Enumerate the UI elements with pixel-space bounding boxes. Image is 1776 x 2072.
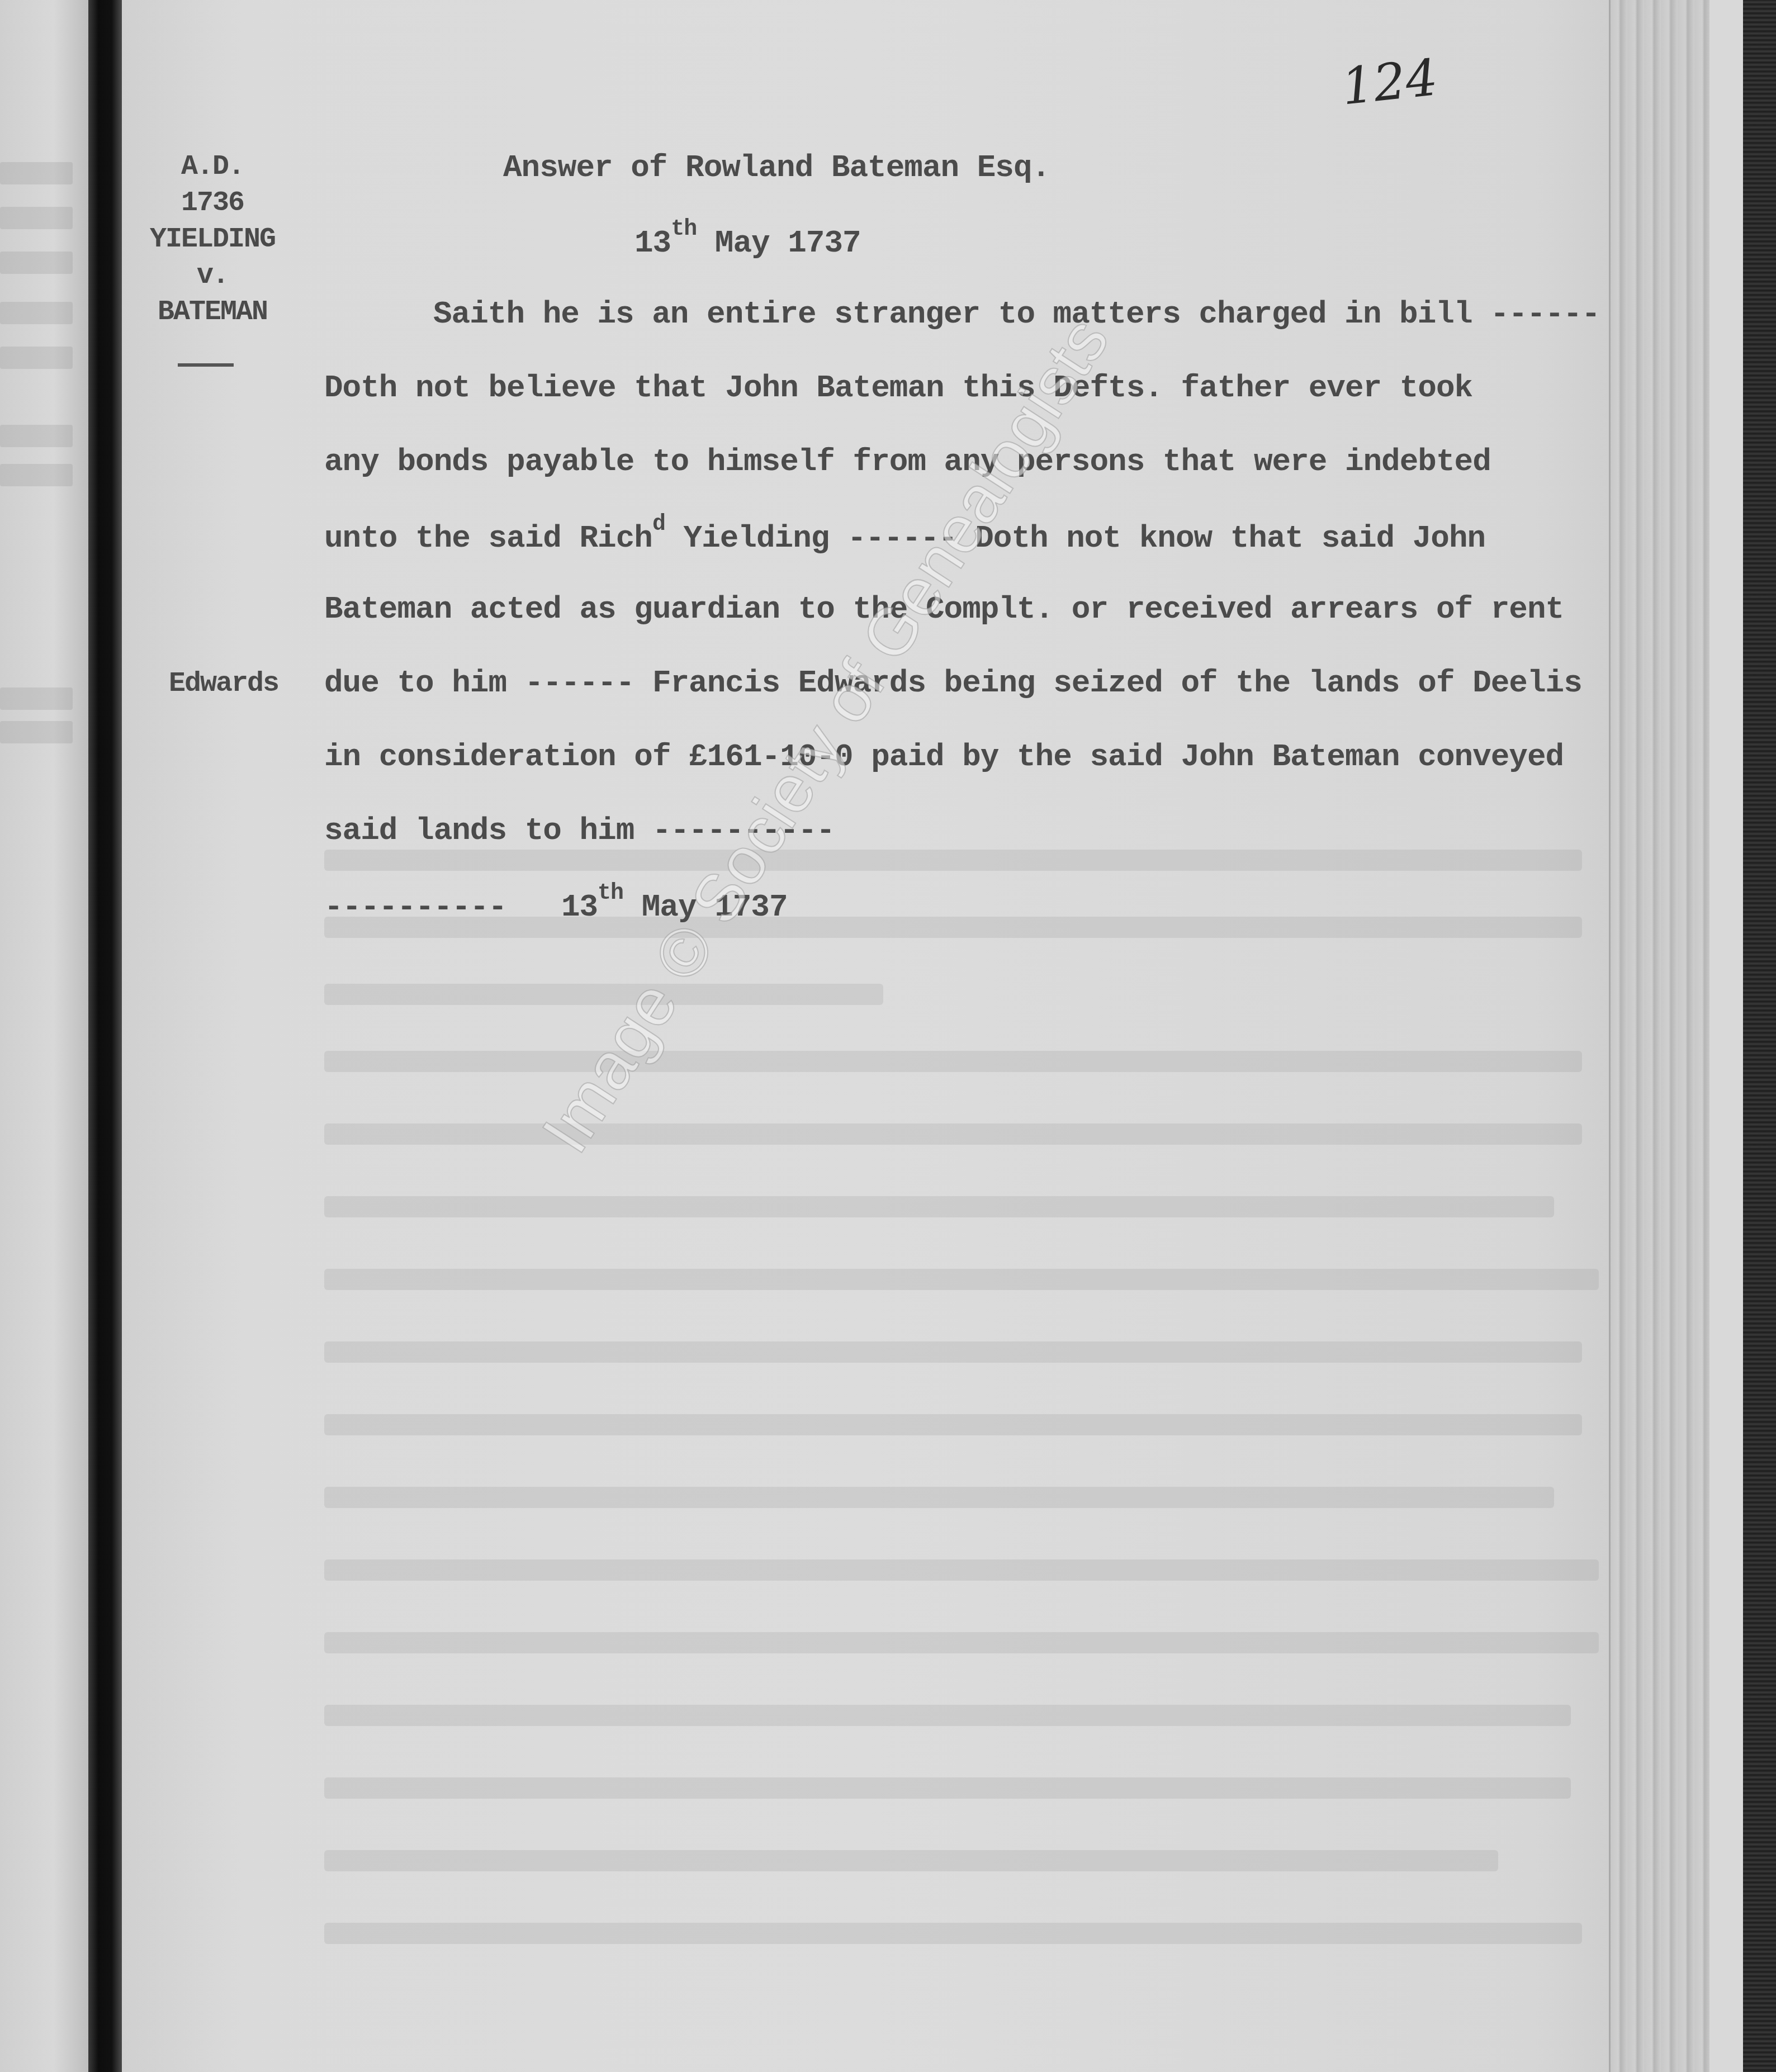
bleed-line [324,1705,1571,1726]
facing-page-left [0,0,89,2072]
date-day: 13 [634,225,671,261]
bleed-line [324,1850,1498,1871]
bleed-line [324,1632,1599,1653]
body-text: Yielding ------ Doth not know that said … [684,520,1486,556]
book-cover [1743,0,1776,2072]
bleed-line [324,1196,1554,1217]
body-line-7: in consideration of £161-10-0 paid by th… [324,739,1564,775]
bleed-line [324,1923,1582,1944]
book-gutter [88,0,122,2072]
bleed-line [324,1487,1554,1508]
bleed-text [0,721,73,743]
body-line-1: Saith he is an entire stranger to matter… [433,296,1600,332]
date-suffix: th [671,217,697,242]
bleed-text [0,207,73,229]
document-title: Answer of Rowland Bateman Esq. [503,150,1050,186]
body-line-3: any bonds payable to himself from any pe… [324,444,1491,480]
bleed-line [324,984,883,1005]
bleed-text [0,162,73,184]
bleed-line [324,1051,1582,1072]
page-stack-edge [1609,0,1711,2072]
bleed-text [0,347,73,369]
body-line-6: due to him ------ Francis Edwards being … [324,665,1582,701]
date-suffix: th [598,881,623,906]
document-date: 13th May 1737 [634,222,861,261]
margin-defendant: BATEMAN [140,296,285,328]
margin-versus: v. [140,260,285,292]
bleed-text [0,425,73,447]
bleed-line [324,1123,1582,1145]
bleed-line [324,1341,1582,1363]
margin-divider [178,363,234,367]
bleed-text [0,687,73,710]
bleed-line [324,1269,1599,1290]
bleed-line [324,1777,1571,1799]
bleed-line [324,1559,1599,1581]
bleed-text [0,302,73,324]
body-text: unto the said Rich [324,520,652,556]
margin-plaintiff: YIELDING [140,224,285,255]
bleed-line [324,1414,1582,1435]
date-day: 13 [561,889,598,925]
folio-number: 124 [1339,48,1441,116]
date-month-year: May 1737 [715,225,861,261]
margin-name-note: Edwards [151,668,296,700]
bleed-text [0,464,73,486]
margin-year: 1736 [140,187,285,219]
margin-ad: A.D. [140,151,285,183]
abbrev-superscript: d [652,512,665,537]
bleed-text [0,252,73,274]
bleed-line [324,850,1582,871]
body-line-2: Doth not believe that John Bateman this … [324,370,1472,406]
page-edge [1709,0,1743,2072]
closing-dashes: ---------- [324,889,506,925]
